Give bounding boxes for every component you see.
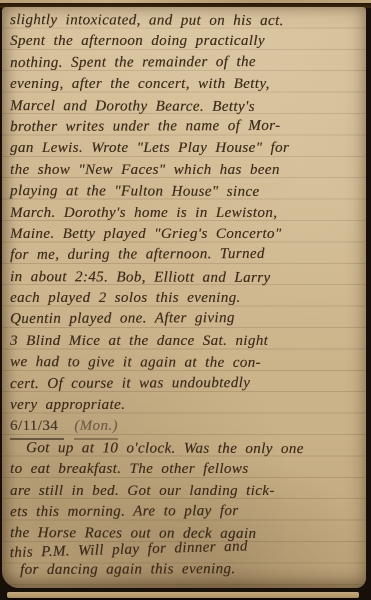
diary-line: Maine. Betty played "Grieg's Concerto" <box>10 224 363 245</box>
diary-line: for dancing again this evening. <box>10 559 363 582</box>
diary-line: Spent the afternoon doing practically <box>10 31 363 52</box>
diary-line: slightly intoxicated, and put on his act… <box>10 10 363 33</box>
entry-date: 6/11/34 <box>10 416 64 439</box>
diary-line: playing at the "Fulton House" since <box>10 181 363 204</box>
diary-line: are still in bed. Got our landing tick- <box>10 481 363 502</box>
diary-line: to eat breakfast. The other fellows <box>10 459 363 480</box>
diary-line: we had to give it again at the con- <box>10 352 363 375</box>
diary-line: cert. Of course it was undoubtedly <box>10 372 363 395</box>
handwritten-text: slightly intoxicated, and put on his act… <box>10 10 363 588</box>
diary-line: 3 Blind Mice at the dance Sat. night <box>10 331 363 352</box>
diary-line: Got up at 10 o'clock. Was the only one <box>10 438 363 461</box>
diary-line: the show "New Faces" which has been <box>10 160 363 181</box>
scanned-diary-photo: slightly intoxicated, and put on his act… <box>0 0 371 600</box>
diary-page: slightly intoxicated, and put on his act… <box>2 7 366 588</box>
diary-line: very appropriate. <box>10 395 363 416</box>
diary-line: in about 2:45. Bob, Elliott and Larry <box>10 267 363 290</box>
date-heading: 6/11/34(Mon.) <box>10 416 363 437</box>
next-page-edge <box>7 592 359 598</box>
diary-line: gan Lewis. Wrote "Lets Play House" for <box>10 138 363 159</box>
diary-line: Quentin played one. After giving <box>10 308 363 331</box>
diary-line: for me, during the afternoon. Turned <box>10 244 363 267</box>
entry-weekday: (Mon.) <box>74 416 118 439</box>
diary-line: each played 2 solos this evening. <box>10 288 363 309</box>
diary-line: brother writes under the name of Mor- <box>10 115 363 138</box>
diary-line: ets this morning. Are to play for <box>10 500 363 523</box>
diary-line: March. Dorothy's home is in Lewiston, <box>10 203 363 224</box>
diary-line: evening, after the concert, with Betty, <box>10 74 363 95</box>
diary-line: nothing. Spent the remainder of the <box>10 51 363 74</box>
